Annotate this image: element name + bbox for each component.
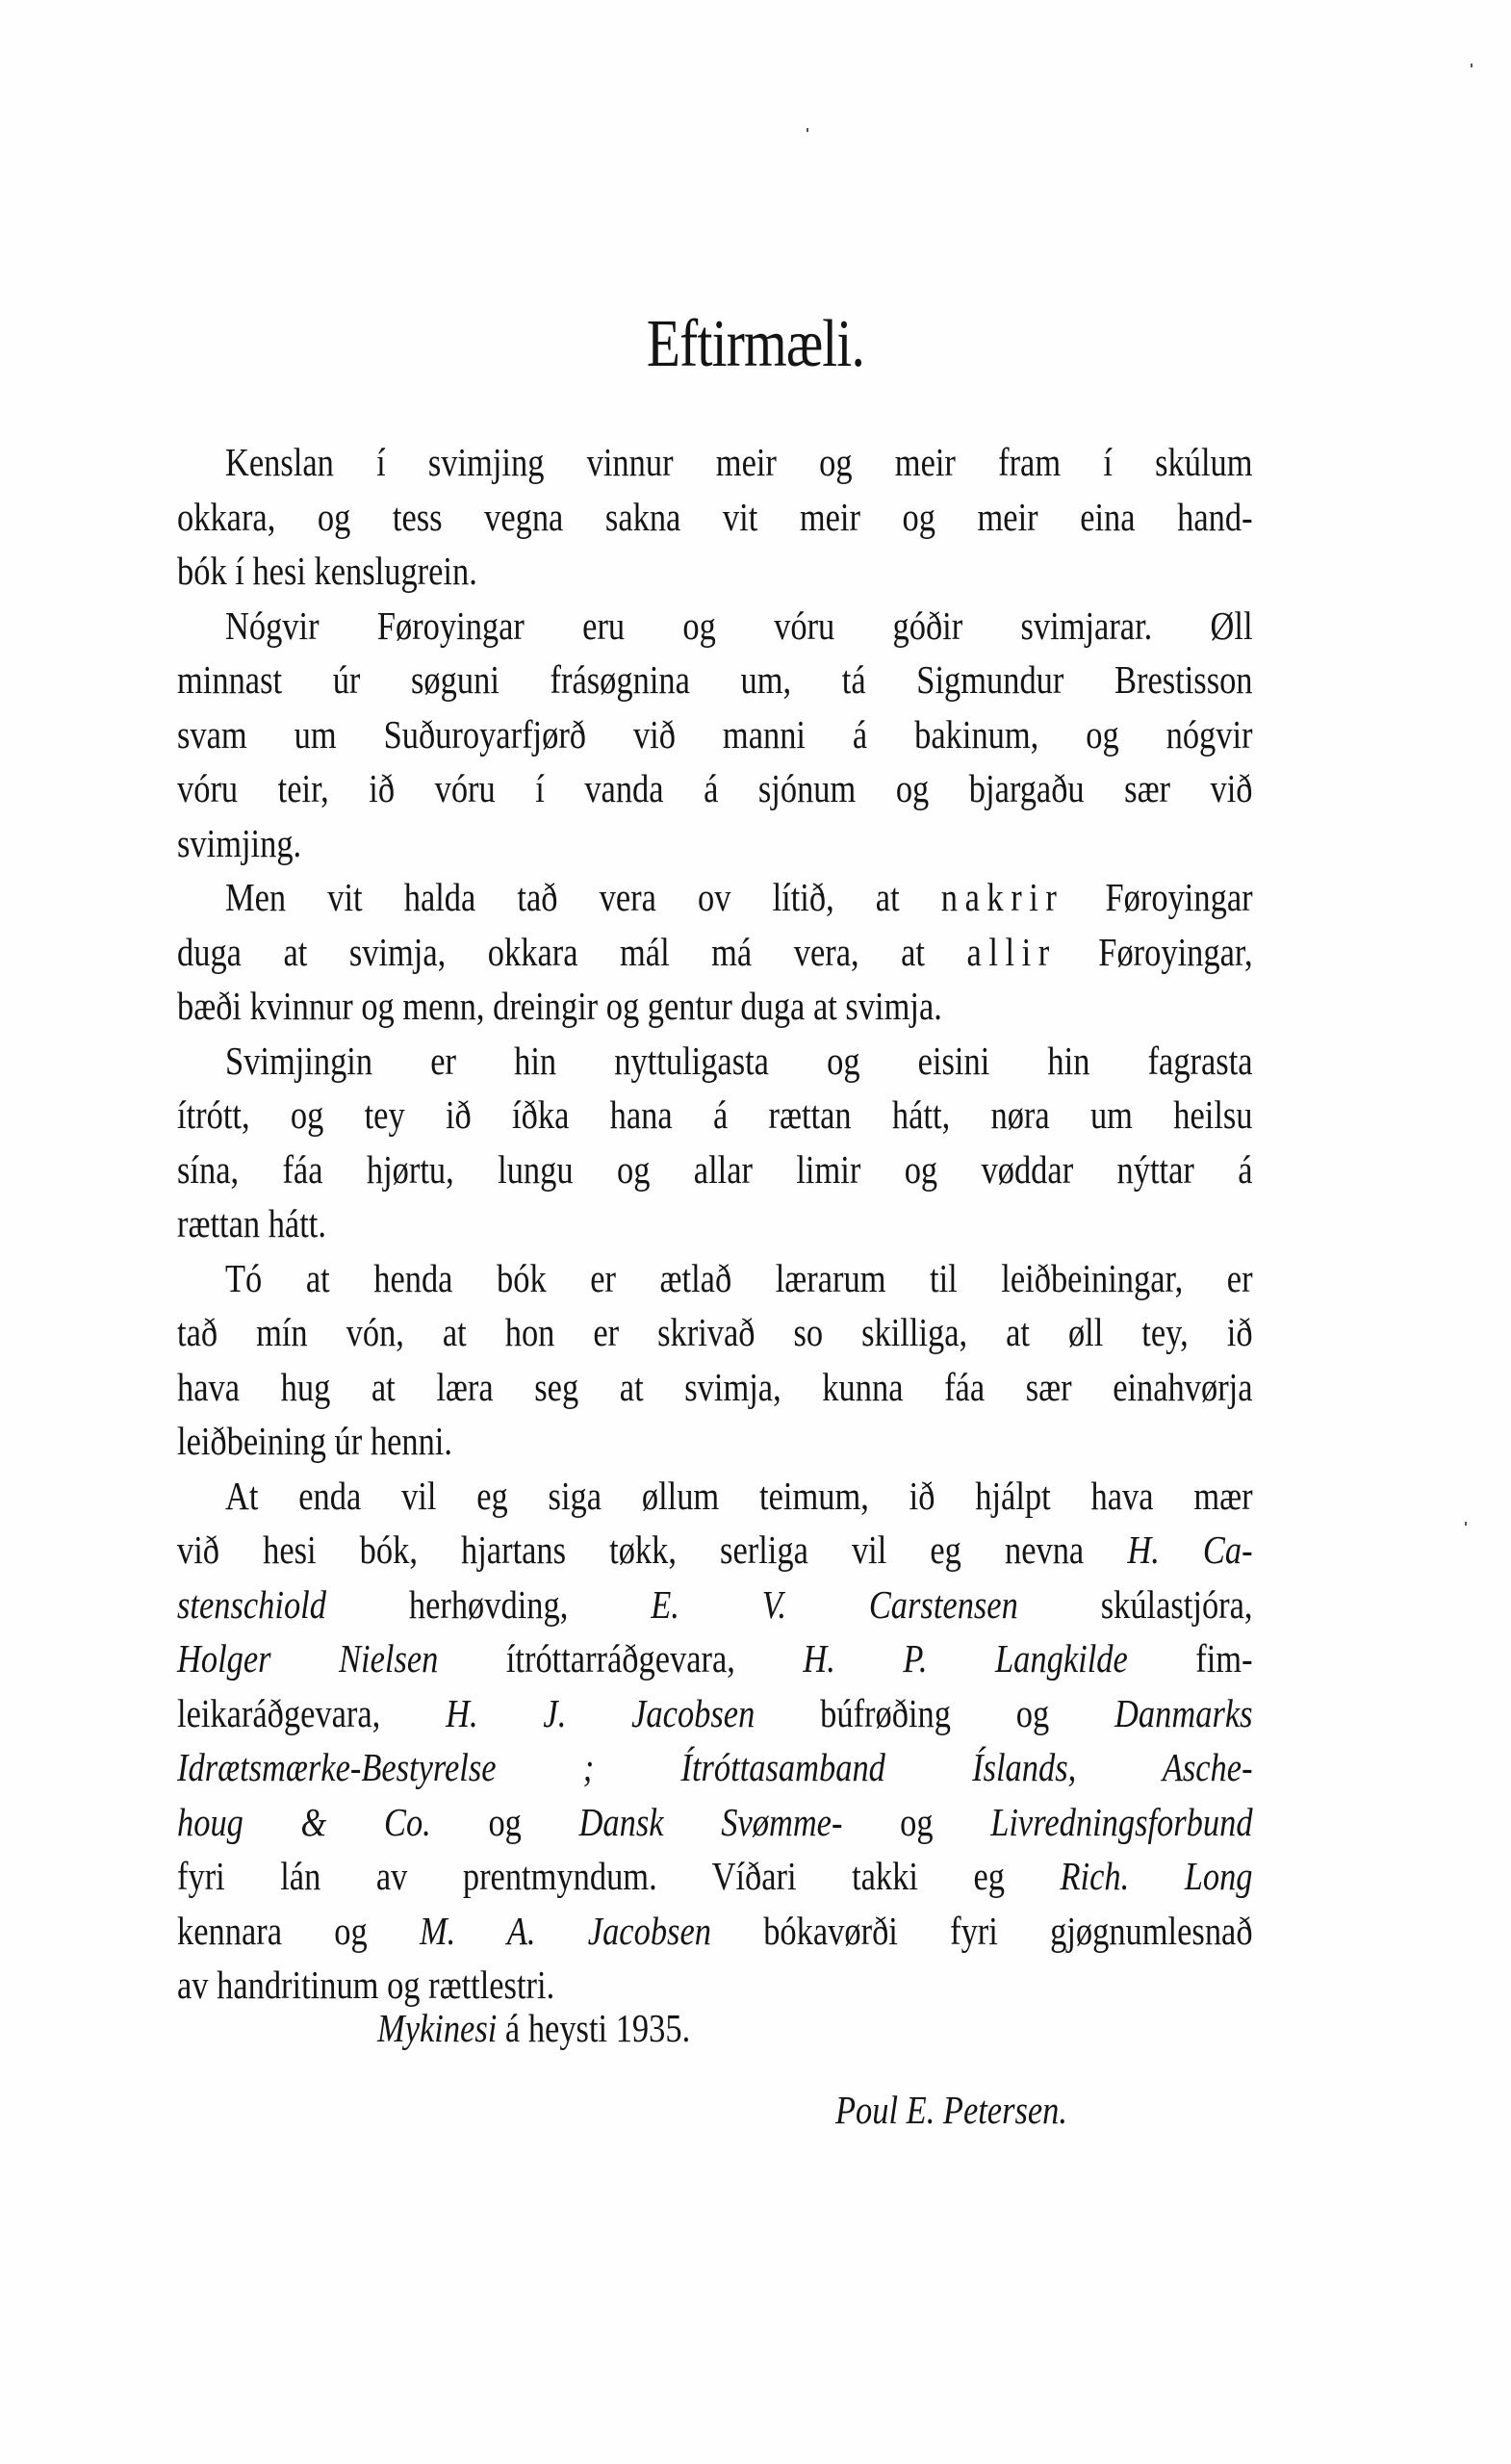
person-name: E. V. Carstensen xyxy=(651,1582,1018,1627)
text-line: Tó at henda bók er ætlað lærarum til lei… xyxy=(177,1251,1253,1306)
text-line: við hesi bók, hjartans tøkk, serliga vil… xyxy=(177,1523,1253,1578)
scan-speck xyxy=(807,128,808,132)
person-name: stenschiold xyxy=(177,1582,326,1627)
organization-name: Dansk Svømme- xyxy=(579,1800,843,1844)
person-name: M. A. Jacobsen xyxy=(420,1909,711,1953)
text-line: Holger Nielsen ítróttarráðgevara, H. P. … xyxy=(177,1631,1253,1686)
organization-name: Livredningsforbund xyxy=(990,1800,1252,1844)
body-text: Kenslan í svimjing vinnur meir og meir f… xyxy=(177,435,1253,2013)
text-line: minnast úr søguni frásøgnina um, tá Sigm… xyxy=(177,653,1253,707)
text-line: svam um Suðuroyarfjørð við manni á bakin… xyxy=(177,707,1253,762)
text-line: leiðbeining úr henni. xyxy=(177,1414,1253,1469)
book-page: Eftirmæli. Kenslan í svimjing vinnur mei… xyxy=(0,0,1511,2464)
text-line: rættan hátt. xyxy=(177,1196,1253,1251)
scan-speck xyxy=(1465,1522,1467,1526)
text-line: av handritinum og rættlestri. xyxy=(177,1958,1253,2013)
text-line: Idrætsmærke-Bestyrelse ; Ítróttasamband … xyxy=(177,1740,1253,1795)
text-line: leikaráðgevara, H. J. Jacobsen búfrøðing… xyxy=(177,1686,1253,1741)
author-signature: Poul E. Petersen. xyxy=(835,2087,1067,2133)
person-name: Holger Nielsen xyxy=(177,1636,438,1681)
organization-name: Idrætsmærke-Bestyrelse ; Ítróttasamband … xyxy=(177,1745,1253,1789)
text-line: tað mín vón, at hon er skrivað so skilli… xyxy=(177,1305,1253,1360)
text-line: sína, fáa hjørtu, lungu og allar limir o… xyxy=(177,1142,1253,1197)
text-line: vóru teir, ið vóru í vanda á sjónum og b… xyxy=(177,761,1253,816)
text-line: ítrótt, og tey ið íðka hana á rættan hát… xyxy=(177,1088,1253,1142)
text-line: okkara, og tess vegna sakna vit meir og … xyxy=(177,490,1253,545)
place-name: Mykinesi xyxy=(377,2006,497,2050)
text-line: stenschiold herhøvding, E. V. Carstensen… xyxy=(177,1578,1253,1632)
spaced-emphasis: allir xyxy=(966,930,1056,974)
person-name: Rich. Long xyxy=(1060,1854,1252,1898)
text-line: bók í hesi kenslugrein. xyxy=(177,544,1253,599)
text-line: kennara og M. A. Jacobsen bókavørði fyri… xyxy=(177,1904,1253,1959)
text-line: At enda vil eg siga øllum teimum, ið hjá… xyxy=(177,1469,1253,1524)
text-line: Kenslan í svimjing vinnur meir og meir f… xyxy=(177,435,1253,490)
organization-name: houg & Co. xyxy=(177,1800,431,1844)
text-line: bæði kvinnur og menn, dreingir og gentur… xyxy=(177,979,1253,1034)
text-line: hava hug at læra seg at svimja, kunna fá… xyxy=(177,1360,1253,1415)
place-and-date: Mykinesi á heysti 1935. xyxy=(377,2005,690,2051)
spaced-emphasis: nakrir xyxy=(941,875,1064,919)
text-line: fyri lán av prentmyndum. Víðari takki eg… xyxy=(177,1849,1253,1904)
person-name: H. P. Langkilde xyxy=(803,1636,1127,1681)
text-line: Men vit halda tað vera ov lítið, at nakr… xyxy=(177,870,1253,925)
scan-speck xyxy=(1471,64,1473,67)
text-line: Svimjingin er hin nyttuligasta og eisini… xyxy=(177,1034,1253,1089)
person-name: H. Ca- xyxy=(1127,1527,1252,1572)
person-name: H. J. Jacobsen xyxy=(446,1691,755,1735)
page-title: Eftirmæli. xyxy=(136,306,1374,383)
text-line: duga at svimja, okkara mál má vera, at a… xyxy=(177,925,1253,980)
organization-name: Danmarks xyxy=(1114,1691,1252,1735)
text-line: houg & Co. og Dansk Svømme- og Livrednin… xyxy=(177,1795,1253,1850)
text-line: Nógvir Føroyingar eru og vóru góðir svim… xyxy=(177,599,1253,654)
text-line: svimjing. xyxy=(177,816,1253,871)
